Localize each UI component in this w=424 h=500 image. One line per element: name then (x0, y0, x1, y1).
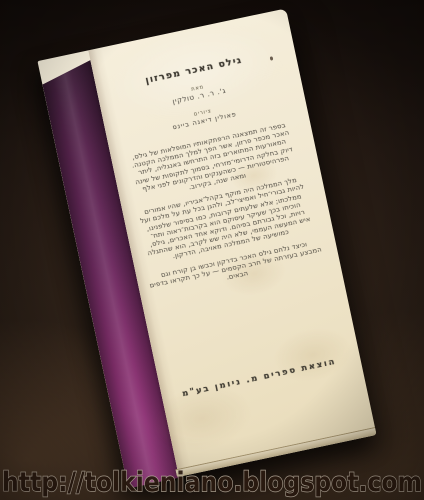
blurb: בספר זה תמצאנה הרפתקאותיו המופלאות של גי… (115, 118, 331, 300)
watermark: http://tolkieniano.blogspot.com (0, 462, 424, 500)
photo-background: גילס האכר מפרזון מאת ג'. ר. ר. טולקין צי… (0, 0, 424, 500)
publisher-line: הוצאת ספרים מ. ניומן בע"מ (165, 354, 353, 403)
watermark-url-text: http://tolkieniano.blogspot.com (2, 467, 422, 498)
book: גילס האכר מפרזון מאת ג'. ר. ר. טולקין צי… (37, 8, 376, 487)
